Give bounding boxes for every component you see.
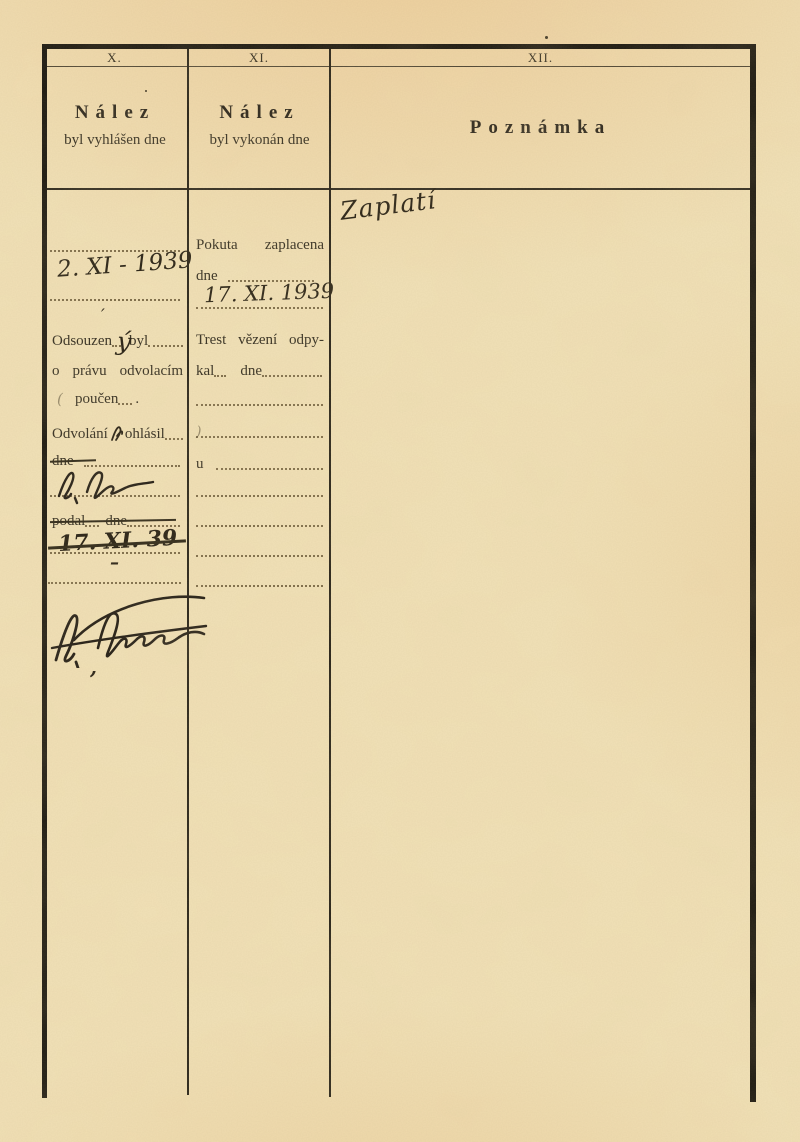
- dotted-rule: [196, 404, 323, 406]
- u-label: u: [196, 456, 204, 473]
- handwritten-dash: –: [110, 552, 119, 573]
- large-signature-scribble: [46, 588, 211, 668]
- table-top-border: [42, 44, 756, 49]
- column-x-title: Nález: [42, 102, 188, 125]
- clause-word-odsouzen: Odsouzen: [52, 333, 112, 350]
- dotted-rule: [50, 299, 180, 301]
- dotted-rule: [196, 436, 323, 438]
- appeal-word-ohlasil: ohlásil: [125, 426, 165, 443]
- dotted-leader: [148, 343, 183, 347]
- handwritten-check-scribble: [109, 423, 125, 443]
- column-separator-x-xi: [187, 49, 189, 1095]
- dotted-leader: [85, 523, 99, 527]
- prison-word-kal: kal: [196, 363, 214, 380]
- dotted-rule: [196, 307, 323, 309]
- scanned-register-page: X. XI. XII. Nález byl vyhlášen dne Nález…: [0, 0, 800, 1142]
- prison-line-2: kal dne: [196, 363, 322, 380]
- column-separator-xi-xii: [329, 49, 331, 1097]
- paper-texture: [0, 0, 800, 1142]
- handwritten-note-zaplati: Zaplatí: [339, 185, 438, 226]
- clause-line-3: poučen .: [75, 391, 165, 408]
- table-right-border: [750, 44, 756, 1102]
- dotted-leader: [165, 436, 183, 440]
- handwritten-apostrophe: ′: [101, 306, 105, 326]
- ink-speck: [145, 90, 147, 92]
- column-xii-title: Poznámka: [331, 117, 750, 140]
- dotted-rule: [196, 495, 323, 497]
- ink-speck: [545, 36, 548, 39]
- table-left-border: [42, 44, 47, 1098]
- faint-paren-mark: (: [57, 390, 63, 408]
- dotted-leader: [262, 373, 322, 377]
- appeal-word-odvolani: Odvolání: [52, 426, 108, 443]
- column-xii-number: XII.: [331, 50, 750, 66]
- column-x-number: X.: [42, 50, 187, 66]
- column-xi-title: Nález: [189, 102, 330, 125]
- clause-line-2: o právu odvolacím: [52, 362, 183, 380]
- column-number-divider: [47, 66, 750, 67]
- fine-paid-line: Pokuta zaplacena: [196, 236, 324, 254]
- handwritten-fine-date: 17. XI. 1939: [204, 279, 335, 308]
- paren-mark: ): [196, 424, 201, 440]
- dotted-rule: [196, 525, 323, 527]
- dotted-rule: [48, 582, 181, 584]
- prison-word-dne: dne: [240, 363, 262, 380]
- small-signature-scribble: [53, 464, 168, 506]
- handwritten-y-suffix: ý: [116, 326, 133, 356]
- column-x-subtitle: byl vyhlášen dne: [42, 131, 188, 149]
- dotted-leader: [118, 401, 132, 405]
- dotted-rule: [196, 585, 323, 587]
- dotted-leader: [216, 466, 324, 470]
- clause-word-poucen: poučen: [75, 391, 118, 408]
- clause-period: .: [135, 391, 139, 408]
- dotted-leader: [214, 373, 226, 377]
- dotted-rule: [196, 555, 323, 557]
- handwritten-announced-date: 2. XI - 1939: [56, 247, 193, 282]
- column-xi-number: XI.: [189, 50, 329, 66]
- clause-word-byl: byl: [129, 333, 148, 350]
- prison-line-1: Trest vězení odpy-: [196, 331, 324, 349]
- appeal-line: Odvolání ohlásil: [52, 423, 183, 443]
- u-line: u: [196, 456, 323, 473]
- column-xi-subtitle: byl vykonán dne: [189, 131, 330, 149]
